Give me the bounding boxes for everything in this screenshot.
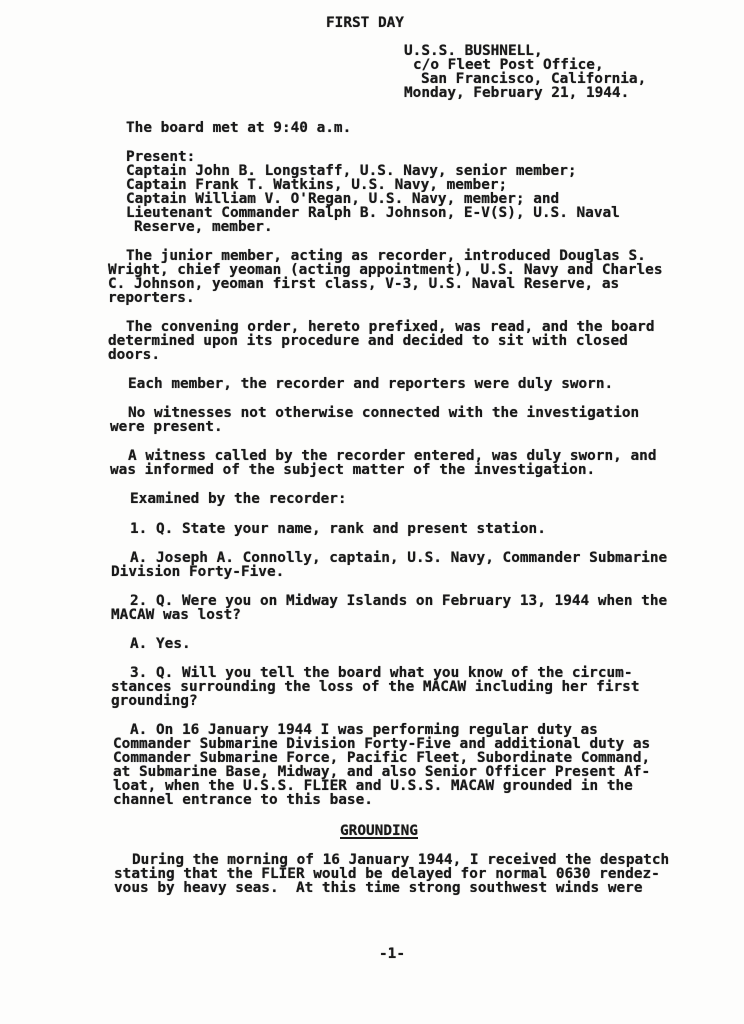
address-line: c/o Fleet Post Office, [413, 58, 604, 72]
paragraph-line: doors. [108, 348, 160, 362]
address-line: San Francisco, California, [421, 72, 646, 86]
examined-heading: Examined by the recorder: [130, 492, 347, 506]
paragraph-line: MACAW was lost? [111, 608, 241, 622]
present-member: Captain Frank T. Watkins, U.S. Navy, mem… [126, 178, 507, 192]
paragraph-line: A. Joseph A. Connolly, captain, U.S. Nav… [130, 551, 667, 565]
paragraph-line: The junior member, acting as recorder, i… [126, 249, 646, 263]
paragraph-line: channel entrance to this base. [113, 793, 373, 807]
paragraph-line: A. On 16 January 1944 I was performing r… [130, 723, 598, 737]
paragraph-line: Division Forty-Five. [111, 565, 284, 579]
paragraph-line: Commander Submarine Division Forty-Five … [113, 737, 650, 751]
paragraph-line: stances surrounding the loss of the MACA… [111, 680, 640, 694]
sworn-paragraph: Each member, the recorder and reporters … [128, 377, 613, 391]
document-title: FIRST DAY [326, 16, 404, 30]
paragraph-line: grounding? [111, 694, 198, 708]
paragraph-line: Commander Submarine Force, Pacific Fleet… [113, 751, 650, 765]
paragraph-line: at Submarine Base, Midway, and also Seni… [113, 765, 650, 779]
paragraph-line: Wright, chief yeoman (acting appointment… [108, 263, 663, 277]
question-1: 1. Q. State your name, rank and present … [130, 522, 546, 536]
paragraph-line: During the morning of 16 January 1944, I… [132, 853, 669, 867]
present-member: Reserve, member. [134, 220, 273, 234]
paragraph-line: vous by heavy seas. At this time strong … [114, 881, 643, 895]
section-heading-grounding: GROUNDING [340, 824, 418, 838]
paragraph-line: No witnesses not otherwise connected wit… [128, 406, 639, 420]
paragraph-line: stating that the FLIER would be delayed … [114, 867, 660, 881]
paragraph-line: 2. Q. Were you on Midway Islands on Febr… [130, 594, 667, 608]
page-number: -1- [379, 947, 405, 961]
present-member: Captain John B. Longstaff, U.S. Navy, se… [126, 164, 577, 178]
answer-2: A. Yes. [130, 637, 191, 651]
paragraph-line: were present. [110, 420, 223, 434]
present-member: Lieutenant Commander Ralph B. Johnson, E… [126, 206, 620, 220]
paragraph-line: A witness called by the recorder entered… [128, 449, 657, 463]
document-page: FIRST DAY U.S.S. BUSHNELL, c/o Fleet Pos… [0, 0, 744, 1024]
paragraph-line: The convening order, hereto prefixed, wa… [126, 320, 655, 334]
present-label: Present: [126, 150, 195, 164]
paragraph-line: C. Johnson, yeoman first class, V-3, U.S… [108, 277, 619, 291]
address-line: Monday, February 21, 1944. [404, 86, 629, 100]
paragraph-line: was informed of the subject matter of th… [110, 463, 595, 477]
paragraph-line: reporters. [108, 291, 195, 305]
paragraph-line: loat, when the U.S.S. FLIER and U.S.S. M… [113, 779, 633, 793]
paragraph-line: determined upon its procedure and decide… [108, 334, 628, 348]
address-line: U.S.S. BUSHNELL, [404, 44, 543, 58]
board-met-line: The board met at 9:40 a.m. [126, 121, 351, 135]
present-member: Captain William V. O'Regan, U.S. Navy, m… [126, 192, 559, 206]
paragraph-line: 3. Q. Will you tell the board what you k… [130, 666, 633, 680]
